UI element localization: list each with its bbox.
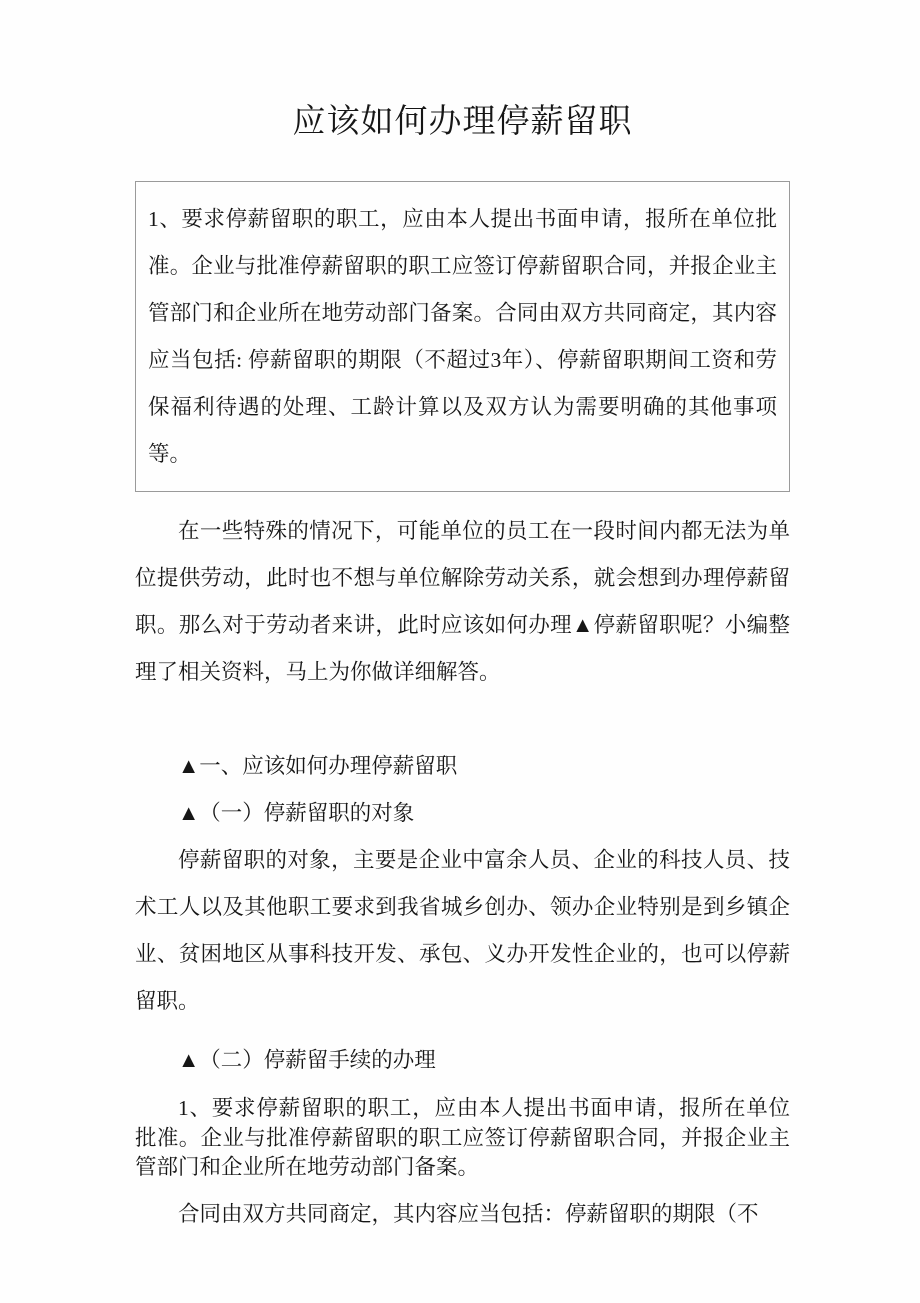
blank-line — [135, 696, 790, 743]
subsection-heading-1-2: ▲（二）停薪留手续的办理 — [135, 1037, 790, 1084]
summary-box: 1、要求停薪留职的职工，应由本人提出书面申请，报所在单位批准。企业与批准停薪留职… — [135, 181, 790, 492]
document-page: 应该如何办理停薪留职 1、要求停薪留职的职工，应由本人提出书面申请，报所在单位批… — [0, 0, 920, 1303]
summary-box-text: 1、要求停薪留职的职工，应由本人提出书面申请，报所在单位批准。企业与批准停薪留职… — [148, 196, 777, 478]
paragraph-procedure-1: 1、要求停薪留职的职工，应由本人提出书面申请，报所在单位批准。企业与批准停薪留职… — [135, 1094, 790, 1183]
section-heading-1: ▲一、应该如何办理停薪留职 — [135, 743, 790, 790]
document-title: 应该如何办理停薪留职 — [135, 100, 790, 145]
paragraph-objects: 停薪留职的对象，主要是企业中富余人员、企业的科技人员、技术工人以及其他职工要求到… — [135, 837, 790, 1025]
paragraph-procedure-2: 合同由双方共同商定，其内容应当包括：停薪留职的期限（不 — [135, 1200, 790, 1230]
subsection-heading-1-1: ▲（一）停薪留职的对象 — [135, 790, 790, 837]
intro-paragraph: 在一些特殊的情况下，可能单位的员工在一段时间内都无法为单位提供劳动，此时也不想与… — [135, 508, 790, 696]
